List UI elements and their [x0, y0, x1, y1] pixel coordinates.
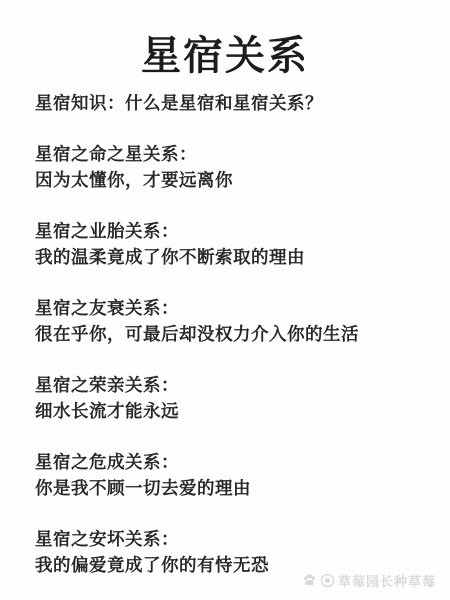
section-header: 星宿之安坏关系：	[35, 526, 422, 552]
section-header: 星宿之友衰关系：	[35, 295, 422, 321]
paw-icon	[302, 573, 317, 588]
section-body: 你是我不顾一切去爱的理由	[35, 475, 422, 501]
document-body: 星宿知识：什么是星宿和星宿关系？ 星宿之命之星关系： 因为太懂你，才要远离你 星…	[35, 90, 422, 578]
document-page: 星宿关系 星宿知识：什么是星宿和星宿关系？ 星宿之命之星关系： 因为太懂你，才要…	[0, 0, 450, 600]
section-header: 星宿之危成关系：	[35, 449, 422, 475]
section-wei-cheng: 星宿之危成关系： 你是我不顾一切去爱的理由	[35, 449, 422, 501]
intro-question: 星宿知识：什么是星宿和星宿关系？	[35, 90, 422, 116]
section-header: 星宿之荣亲关系：	[35, 372, 422, 398]
section-ye-tai: 星宿之业胎关系： 我的温柔竟成了你不断索取的理由	[35, 218, 422, 270]
watermark-text: 草莓园长种草莓	[338, 571, 436, 590]
section-header: 星宿之业胎关系：	[35, 218, 422, 244]
section-header: 星宿之命之星关系：	[35, 141, 422, 167]
section-you-shuai: 星宿之友衰关系： 很在乎你，可最后却没权力介入你的生活	[35, 295, 422, 347]
section-rong-qin: 星宿之荣亲关系： 细水长流才能永远	[35, 372, 422, 424]
watermark: 草莓园长种草莓	[302, 571, 436, 590]
section-body: 很在乎你，可最后却没权力介入你的生活	[35, 321, 422, 347]
circle-logo-icon	[320, 573, 335, 588]
section-body: 我的温柔竟成了你不断索取的理由	[35, 244, 422, 270]
section-body: 因为太懂你，才要远离你	[35, 167, 422, 193]
page-title: 星宿关系	[0, 24, 450, 81]
section-ming-star: 星宿之命之星关系： 因为太懂你，才要远离你	[35, 141, 422, 193]
section-body: 细水长流才能永远	[35, 398, 422, 424]
